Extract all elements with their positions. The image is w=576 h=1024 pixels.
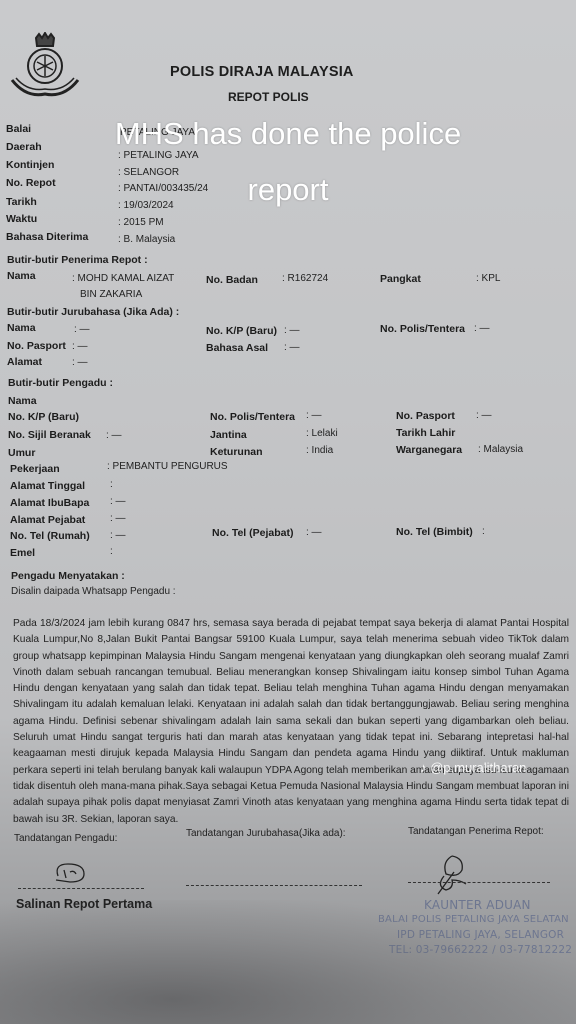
parents-address-label: Alamat IbuBapa xyxy=(10,497,89,509)
tel-office-label: No. Tel (Pejabat) xyxy=(212,527,293,539)
caption-line-1: MHS has done the police xyxy=(0,116,576,152)
race-value: : India xyxy=(306,445,333,456)
tel-office-value: : — xyxy=(306,527,322,538)
complainant-polis-label: No. Polis/Tentera xyxy=(210,411,295,423)
caption-line-2: report xyxy=(0,172,576,208)
interpreter-name-label: Nama xyxy=(7,322,36,334)
police-report-document: POLIS DIRAJA MALAYSIA REPOT POLIS Balai … xyxy=(0,0,576,1024)
waktu-label: Waktu xyxy=(6,213,37,225)
birthcert-value: : — xyxy=(106,430,122,441)
complainant-kp-label: No. K/P (Baru) xyxy=(8,411,79,423)
receiver-signature-mark xyxy=(424,850,474,900)
kontinjen-label: Kontinjen xyxy=(6,159,54,171)
interpreter-address-label: Alamat xyxy=(7,356,42,368)
organisation-title: POLIS DIRAJA MALAYSIA xyxy=(170,64,354,80)
job-value: : PEMBANTU PENGURUS xyxy=(107,461,228,472)
age-label: Umur xyxy=(8,447,35,459)
interpreter-polis-label: No. Polis/Tentera xyxy=(380,323,465,335)
interpreter-passport-value: : — xyxy=(72,341,88,352)
receiver-signature-line xyxy=(408,882,550,883)
statement-body: Pada 18/3/2024 jam lebih kurang 0847 hrs… xyxy=(13,616,569,828)
police-crest-icon xyxy=(6,32,84,102)
citizen-value: : Malaysia xyxy=(478,444,523,455)
interpreter-heading: Butir-butir Jurubahasa (Jika Ada) : xyxy=(7,306,179,318)
badge-label: No. Badan xyxy=(206,274,258,286)
interpreter-signature-line xyxy=(186,885,362,886)
email-label: Emel xyxy=(10,547,35,559)
interpreter-signature-label: Tandatangan Jurubahasa(Jika ada): xyxy=(186,828,346,839)
waktu-value: : 2015 PM xyxy=(118,217,164,228)
complainant-polis-value: : — xyxy=(306,410,322,421)
tiktok-watermark: ♪ @p.muralitharan xyxy=(420,760,526,775)
dob-label: Tarikh Lahir xyxy=(396,427,455,439)
interpreter-lang-label: Bahasa Asal xyxy=(206,342,268,354)
complainant-passport-value: : — xyxy=(476,410,492,421)
rank-label: Pangkat xyxy=(380,273,421,285)
birthcert-label: No. Sijil Beranak xyxy=(8,429,91,441)
receiver-heading: Butir-butir Penerima Repot : xyxy=(7,254,148,266)
interpreter-kp-label: No. K/P (Baru) xyxy=(206,325,277,337)
job-label: Pekerjaan xyxy=(10,463,60,475)
complainant-signature-line xyxy=(18,888,144,889)
tel-home-label: No. Tel (Rumah) xyxy=(10,530,90,542)
statement-source: Disalin daipada Whatsapp Pengadu : xyxy=(11,586,176,597)
interpreter-passport-label: No. Pasport xyxy=(7,340,66,352)
receiver-name-value: : MOHD KAMAL AIZAT xyxy=(72,273,174,284)
office-address-value: : — xyxy=(110,513,126,524)
gender-value: : Lelaki xyxy=(306,428,338,439)
complainant-heading: Butir-butir Pengadu : xyxy=(8,377,113,389)
document-title: REPOT POLIS xyxy=(228,90,309,104)
statement-heading: Pengadu Menyatakan : xyxy=(11,570,125,582)
tel-mobile-value: : xyxy=(482,526,485,537)
interpreter-address-value: : — xyxy=(72,357,88,368)
interpreter-name-value: : — xyxy=(74,324,90,335)
receiver-signature-label: Tandatangan Penerima Repot: xyxy=(408,826,544,837)
citizen-label: Warganegara xyxy=(396,444,462,456)
bahasa-label: Bahasa Diterima xyxy=(6,231,88,243)
parents-address-value: : — xyxy=(110,496,126,507)
complainant-passport-label: No. Pasport xyxy=(396,410,455,422)
complainant-name-label: Nama xyxy=(8,395,37,407)
gender-label: Jantina xyxy=(210,429,247,441)
interpreter-lang-value: : — xyxy=(284,342,300,353)
office-address-label: Alamat Pejabat xyxy=(10,514,85,526)
interpreter-kp-value: : — xyxy=(284,325,300,336)
bahasa-value: : B. Malaysia xyxy=(118,234,175,245)
home-address-label: Alamat Tinggal xyxy=(10,480,85,492)
badge-value: : R162724 xyxy=(282,273,328,284)
race-label: Keturunan xyxy=(210,446,263,458)
interpreter-polis-value: : — xyxy=(474,323,490,334)
complainant-signature-mark xyxy=(50,858,94,888)
tel-mobile-label: No. Tel (Bimbit) xyxy=(396,526,473,538)
tel-home-value: : — xyxy=(110,530,126,541)
photo-shadow xyxy=(0,900,576,1024)
home-address-value: : xyxy=(110,479,113,490)
complainant-signature-label: Tandatangan Pengadu: xyxy=(14,833,117,844)
email-value: : xyxy=(110,546,113,557)
receiver-name-value-2: BIN ZAKARIA xyxy=(80,289,142,300)
receiver-name-label: Nama xyxy=(7,270,36,282)
rank-value: : KPL xyxy=(476,273,500,284)
